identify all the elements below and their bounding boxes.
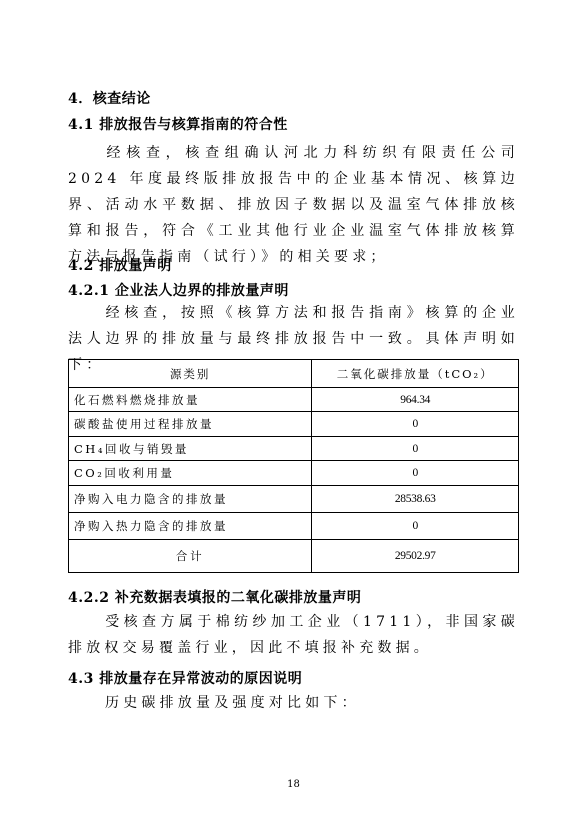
section-heading-4-1: 4.1 排放报告与核算指南的符合性 [68, 116, 288, 134]
row-value: 0 [312, 461, 519, 486]
table-header-row: 源类别 二氧化碳排放量（tCO₂） [69, 360, 519, 388]
header-co2-emissions: 二氧化碳排放量（tCO₂） [312, 360, 519, 388]
row-source: 净购入热力隐含的排放量 [69, 513, 312, 540]
section-heading-4-3: 4.3 排放量存在异常波动的原因说明 [68, 670, 302, 688]
total-label: 合计 [69, 540, 312, 573]
row-source: 化石燃料燃烧排放量 [69, 388, 312, 412]
page-number: 18 [0, 779, 587, 790]
row-value: 964.34 [312, 388, 519, 412]
total-value: 29502.97 [312, 540, 519, 573]
row-value: 0 [312, 412, 519, 437]
section-heading-4-2-1: 4.2.1 企业法人边界的排放量声明 [68, 282, 289, 300]
table-row: 净购入热力隐含的排放量 0 [69, 513, 519, 540]
paragraph-4-1: 经核查，核查组确认河北力科纺织有限责任公司 2024 年度最终版排放报告中的企业… [68, 140, 519, 270]
row-value: 0 [312, 513, 519, 540]
table-row: 化石燃料燃烧排放量 964.34 [69, 388, 519, 412]
section-heading-4: 4．核查结论 [68, 90, 151, 108]
table-row: 净购入电力隐含的排放量 28538.63 [69, 486, 519, 513]
paragraph-4-3-text: 历史碳排放量及强度对比如下： [105, 695, 360, 711]
paragraph-4-2-2-text: 受核查方属于棉纺纱加工企业（1711），非国家碳排放权交易覆盖行业，因此不填报补… [68, 614, 519, 656]
section-heading-4-2: 4.2 排放量声明 [68, 257, 172, 275]
paragraph-4-2-2: 受核查方属于棉纺纱加工企业（1711），非国家碳排放权交易覆盖行业，因此不填报补… [68, 609, 519, 661]
paragraph-4-1-text: 经核查，核查组确认河北力科纺织有限责任公司 2024 年度最终版排放报告中的企业… [68, 145, 519, 265]
table-row: 碳酸盐使用过程排放量 0 [69, 412, 519, 437]
row-source: 碳酸盐使用过程排放量 [69, 412, 312, 437]
table-row: CH₄回收与销毁量 0 [69, 437, 519, 461]
table-row: CO₂回收利用量 0 [69, 461, 519, 486]
emissions-table: 源类别 二氧化碳排放量（tCO₂） 化石燃料燃烧排放量 964.34 碳酸盐使用… [68, 359, 519, 573]
row-source: CH₄回收与销毁量 [69, 437, 312, 461]
document-page: 4．核查结论 4.1 排放报告与核算指南的符合性 经核查，核查组确认河北力科纺织… [0, 0, 587, 832]
row-value: 0 [312, 437, 519, 461]
row-value: 28538.63 [312, 486, 519, 513]
section-heading-4-2-2: 4.2.2 补充数据表填报的二氧化碳排放量声明 [68, 589, 361, 607]
row-source: 净购入电力隐含的排放量 [69, 486, 312, 513]
paragraph-4-3: 历史碳排放量及强度对比如下： [68, 690, 519, 716]
header-source-category: 源类别 [69, 360, 312, 388]
table-total-row: 合计 29502.97 [69, 540, 519, 573]
row-source: CO₂回收利用量 [69, 461, 312, 486]
